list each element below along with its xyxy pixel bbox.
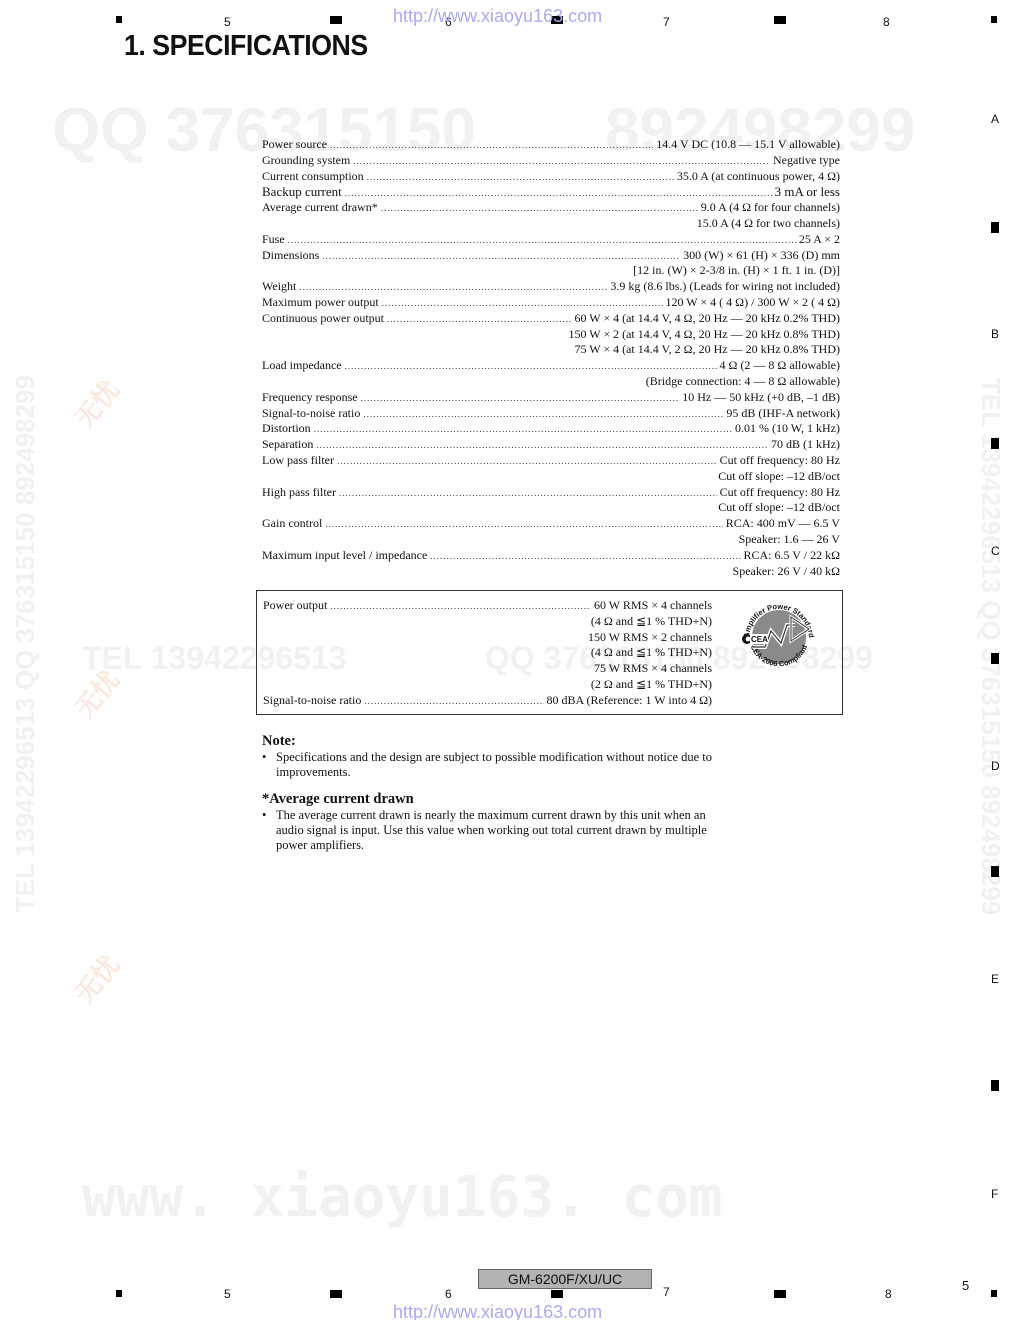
spec-value: 80 dBA (Reference: 1 W into 4 Ω): [547, 693, 712, 709]
spec-value: (2 Ω and ≦1 % THD+N): [591, 677, 712, 693]
dot-leader: [364, 694, 543, 710]
spec-row-continuation: Speaker: 26 V / 40 kΩ: [262, 564, 840, 580]
registration-mark: [116, 16, 122, 23]
spec-value: 75 W RMS × 4 channels: [594, 661, 712, 677]
spec-value: [12 in. (W) × 2-3/8 in. (H) × 1 ft. 1 in…: [633, 263, 840, 279]
spec-row: Separation70 dB (1 kHz): [262, 437, 840, 453]
dot-leader: [339, 486, 717, 502]
dot-leader: [330, 599, 591, 615]
dot-leader: [367, 170, 674, 186]
spec-label: Signal-to-noise ratio: [262, 406, 360, 422]
column-number: 7: [663, 15, 670, 29]
spec-value: 120 W × 4 ( 4 Ω) / 300 W × 2 ( 4 Ω): [666, 295, 840, 311]
spec-label: Current consumption: [262, 169, 364, 185]
spec-row: Frequency response10 Hz — 50 kHz (+0 dB,…: [262, 390, 840, 406]
spec-value: 9.0 A (4 Ω for four channels): [701, 200, 840, 216]
spec-value: Cut off frequency: 80 Hz: [720, 485, 840, 501]
spec-label: Low pass filter: [262, 453, 334, 469]
spec-row: Power source14.4 V DC (10.8 — 15.1 V all…: [262, 137, 840, 153]
spec-row: Signal-to-noise ratio95 dB (IHF-A networ…: [262, 406, 840, 422]
registration-mark: [991, 438, 999, 449]
spec-row-continuation: (4 Ω and ≦1 % THD+N): [263, 645, 712, 661]
spec-value: RCA: 6.5 V / 22 kΩ: [744, 548, 841, 564]
cea-amplifier-standard-icon: Amplifier Power Standard CEA-2006 Compli…: [737, 595, 821, 677]
notes-section: Note: • Specifications and the design ar…: [262, 732, 732, 853]
row-letter: D: [991, 759, 1000, 773]
spec-value: 4 Ω (2 — 8 Ω allowable): [720, 358, 840, 374]
spec-value: 60 W × 4 (at 14.4 V, 4 Ω, 20 Hz — 20 kHz…: [574, 311, 840, 327]
dot-leader: [316, 438, 768, 454]
spec-row: Dimensions300 (W) × 61 (H) × 336 (D) mm: [262, 248, 840, 264]
dot-leader: [299, 280, 607, 296]
dot-leader: [337, 454, 717, 470]
spec-value: (4 Ω and ≦1 % THD+N): [591, 614, 712, 630]
spec-row-continuation: 150 W RMS × 2 channels: [263, 630, 712, 646]
spec-row-continuation: Speaker: 1.6 — 26 V: [262, 532, 840, 548]
spec-row: High pass filterCut off frequency: 80 Hz: [262, 485, 840, 501]
registration-mark: [991, 653, 999, 664]
spec-label: Distortion: [262, 421, 311, 437]
spec-label: Load impedance: [262, 358, 342, 374]
watermark-chinese-3: 无忧: [65, 947, 127, 1011]
row-letter: E: [991, 972, 999, 986]
column-number: 6: [445, 1287, 452, 1301]
spec-label: Fuse: [262, 232, 285, 248]
spec-row: Average current drawn*9.0 A (4 Ω for fou…: [262, 200, 840, 216]
spec-value: (4 Ω and ≦1 % THD+N): [591, 645, 712, 661]
note-item: • The average current drawn is nearly th…: [262, 808, 732, 853]
registration-mark: [330, 16, 342, 24]
spec-label: High pass filter: [262, 485, 336, 501]
dot-leader: [381, 201, 698, 217]
spec-row: Grounding systemNegative type: [262, 153, 840, 169]
spec-value: 35.0 A (at continuous power, 4 Ω): [677, 169, 840, 185]
spec-list: Power source14.4 V DC (10.8 — 15.1 V all…: [262, 137, 840, 579]
watermark-chinese-1: 无忧: [65, 372, 127, 436]
spec-value: 150 W RMS × 2 channels: [588, 630, 712, 646]
spec-row-continuation: 75 W × 4 (at 14.4 V, 2 Ω, 20 Hz — 20 kHz…: [262, 342, 840, 358]
spec-value: 25 A × 2: [799, 232, 840, 248]
dot-leader: [322, 249, 680, 265]
dot-leader: [288, 233, 796, 249]
spec-row: Gain controlRCA: 400 mV — 6.5 V: [262, 516, 840, 532]
dot-leader: [353, 154, 770, 170]
spec-row-continuation: (2 Ω and ≦1 % THD+N): [263, 677, 712, 693]
svg-text:CEA: CEA: [751, 635, 768, 644]
url-watermark-bottom: http://www.xiaoyu163.com: [393, 1302, 602, 1320]
column-number: 8: [885, 1287, 892, 1301]
spec-label: Weight: [262, 279, 296, 295]
watermark-bottom-site: www. xiaoyu163. com: [82, 1165, 723, 1230]
model-number-label: GM-6200F/XU/UC: [478, 1269, 652, 1289]
average-current-heading: *Average current drawn: [262, 790, 732, 808]
spec-value: Cut off slope: –12 dB/oct: [718, 500, 840, 516]
watermark-vertical-left: TEL 13942296513 QQ 376315150 892498299: [10, 375, 41, 912]
spec-row: Backup current3 mA or less: [262, 184, 840, 200]
spec-value: Speaker: 1.6 — 26 V: [739, 532, 840, 548]
spec-row: Maximum power output120 W × 4 ( 4 Ω) / 3…: [262, 295, 840, 311]
registration-mark: [991, 866, 999, 877]
dot-leader: [430, 549, 740, 565]
registration-mark: [991, 1290, 997, 1297]
page-title: 1. SPECIFICATIONS: [124, 30, 368, 63]
note-heading: Note:: [262, 732, 732, 750]
row-letter: A: [991, 112, 999, 126]
spec-row: Weight3.9 kg (8.6 lbs.) (Leads for wirin…: [262, 279, 840, 295]
spec-label: Gain control: [262, 516, 322, 532]
registration-mark: [774, 16, 786, 24]
note-text: Specifications and the design are subjec…: [276, 750, 732, 780]
registration-mark: [991, 1080, 999, 1091]
spec-value: 0.01 % (10 W, 1 kHz): [735, 421, 840, 437]
spec-value: 75 W × 4 (at 14.4 V, 2 Ω, 20 Hz — 20 kHz…: [574, 342, 840, 358]
spec-label: Backup current: [262, 184, 342, 200]
dot-leader: [363, 407, 723, 423]
spec-label: Maximum input level / impedance: [262, 548, 427, 564]
spec-value: 3.9 kg (8.6 lbs.) (Leads for wiring not …: [610, 279, 840, 295]
bullet: •: [262, 808, 276, 853]
spec-value: 3 mA or less: [775, 184, 840, 200]
bullet: •: [262, 750, 276, 780]
spec-row-continuation: 150 W × 2 (at 14.4 V, 4 Ω, 20 Hz — 20 kH…: [262, 327, 840, 343]
row-letter: F: [991, 1187, 998, 1201]
spec-value: Cut off frequency: 80 Hz: [720, 453, 840, 469]
dot-leader: [325, 517, 722, 533]
cea-compliance-box: Power output60 W RMS × 4 channels(4 Ω an…: [256, 590, 843, 715]
spec-label: Power output: [263, 598, 327, 614]
note-item: • Specifications and the design are subj…: [262, 750, 732, 780]
spec-value: Negative type: [773, 153, 840, 169]
spec-value: 15.0 A (4 Ω for two channels): [697, 216, 840, 232]
registration-mark: [330, 1290, 342, 1298]
spec-value: Cut off slope: –12 dB/oct: [718, 469, 840, 485]
spec-row-continuation: 75 W RMS × 4 channels: [263, 661, 712, 677]
dot-leader: [345, 359, 717, 375]
spec-row-continuation: Cut off slope: –12 dB/oct: [262, 469, 840, 485]
row-letter: C: [991, 544, 1000, 558]
spec-value: 150 W × 2 (at 14.4 V, 4 Ω, 20 Hz — 20 kH…: [568, 327, 840, 343]
row-letter: B: [991, 327, 999, 341]
spec-row-continuation: (Bridge connection: 4 — 8 Ω allowable): [262, 374, 840, 390]
dot-leader: [314, 422, 732, 438]
spec-row: Current consumption35.0 A (at continuous…: [262, 169, 840, 185]
spec-label: Average current drawn*: [262, 200, 378, 216]
spec-label: Frequency response: [262, 390, 358, 406]
spec-label: Grounding system: [262, 153, 350, 169]
spec-row: Fuse25 A × 2: [262, 232, 840, 248]
column-number: 7: [663, 1285, 670, 1299]
spec-value: 300 (W) × 61 (H) × 336 (D) mm: [683, 248, 840, 264]
column-number: 5: [224, 15, 231, 29]
spec-value: 60 W RMS × 4 channels: [594, 598, 712, 614]
spec-row: Continuous power output60 W × 4 (at 14.4…: [262, 311, 840, 327]
spec-label: Maximum power output: [262, 295, 379, 311]
spec-row-continuation: Cut off slope: –12 dB/oct: [262, 500, 840, 516]
dot-leader: [382, 296, 663, 312]
spec-label: Continuous power output: [262, 311, 384, 327]
spec-label: Dimensions: [262, 248, 319, 264]
spec-value: 95 dB (IHF-A network): [726, 406, 840, 422]
spec-row: Distortion0.01 % (10 W, 1 kHz): [262, 421, 840, 437]
dot-leader: [361, 391, 680, 407]
spec-label: Separation: [262, 437, 313, 453]
spec-value: Speaker: 26 V / 40 kΩ: [733, 564, 840, 580]
url-watermark-top: http://www.xiaoyu163.com: [393, 6, 602, 27]
spec-value: (Bridge connection: 4 — 8 Ω allowable): [646, 374, 840, 390]
spec-row: Load impedance4 Ω (2 — 8 Ω allowable): [262, 358, 840, 374]
spec-value: RCA: 400 mV — 6.5 V: [726, 516, 840, 532]
registration-mark: [991, 222, 999, 233]
spec-row-continuation: (4 Ω and ≦1 % THD+N): [263, 614, 712, 630]
dot-leader: [330, 138, 653, 154]
spec-row-continuation: 15.0 A (4 Ω for two channels): [262, 216, 840, 232]
spec-row-continuation: [12 in. (W) × 2-3/8 in. (H) × 1 ft. 1 in…: [262, 263, 840, 279]
spec-label: Signal-to-noise ratio: [263, 693, 361, 709]
registration-mark: [774, 1290, 786, 1298]
spec-row: Signal-to-noise ratio80 dBA (Reference: …: [263, 693, 712, 709]
registration-mark: [551, 1290, 563, 1298]
spec-value: 70 dB (1 kHz): [771, 437, 840, 453]
dot-leader: [387, 312, 571, 328]
spec-row: Maximum input level / impedanceRCA: 6.5 …: [262, 548, 840, 564]
page-number: 5: [962, 1278, 969, 1293]
spec-row: Low pass filterCut off frequency: 80 Hz: [262, 453, 840, 469]
spec-value: 14.4 V DC (10.8 — 15.1 V allowable): [656, 137, 840, 153]
cea-spec-list: Power output60 W RMS × 4 channels(4 Ω an…: [263, 598, 712, 709]
spec-value: 10 Hz — 50 kHz (+0 dB, –1 dB): [682, 390, 840, 406]
note-text: The average current drawn is nearly the …: [276, 808, 732, 853]
watermark-vertical-right: TEL 13942296513 QQ 376315150 892498299: [975, 378, 1006, 915]
column-number: 8: [883, 15, 890, 29]
spec-label: Power source: [262, 137, 327, 153]
registration-mark: [991, 16, 997, 23]
column-number: 5: [224, 1287, 231, 1301]
spec-row: Power output60 W RMS × 4 channels: [263, 598, 712, 614]
registration-mark: [116, 1290, 122, 1297]
